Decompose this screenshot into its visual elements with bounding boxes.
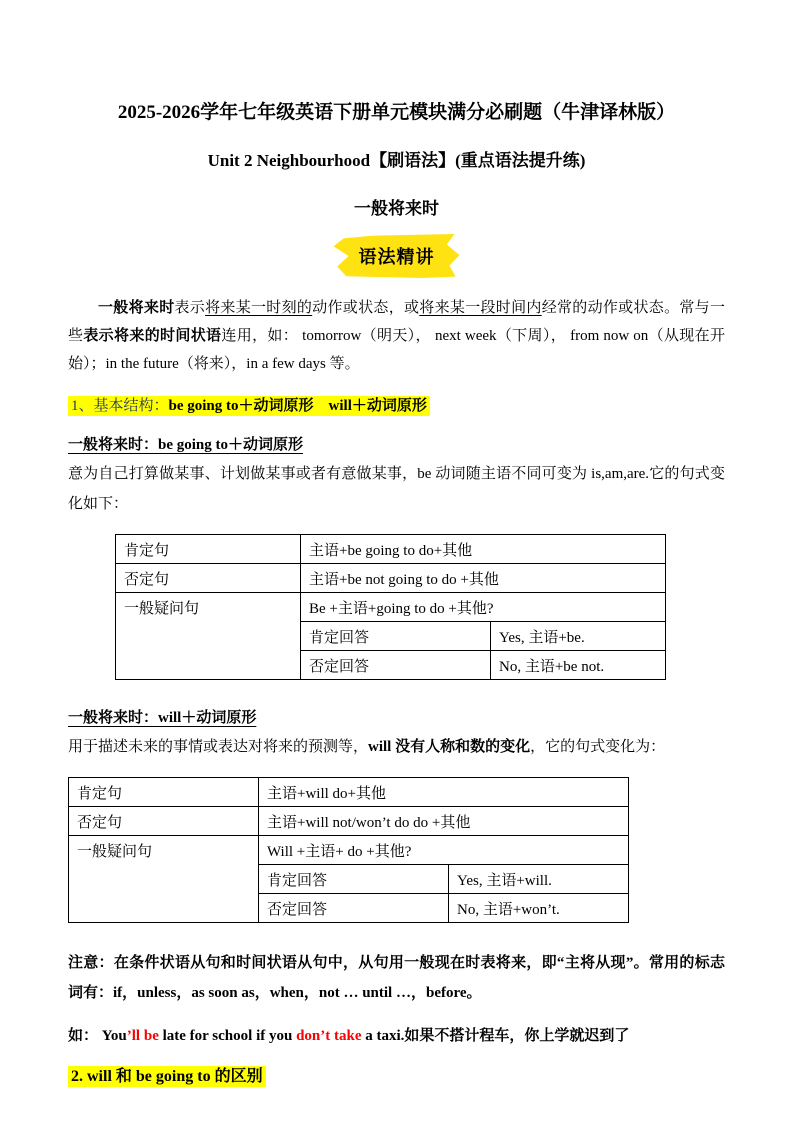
document-page: 2025-2026学年七年级英语下册单元模块满分必刷题（牛津译林版） Unit …: [0, 0, 793, 1122]
intro-adverbial-bold: 表示将来的时间状语: [83, 328, 221, 344]
difference-heading: 2. will 和 be going to 的区别: [68, 1064, 725, 1090]
will-desc-post: ，它的句式变化为：: [530, 739, 665, 755]
example-mid: late for school if you: [159, 1028, 296, 1044]
cell-label: 肯定句: [69, 778, 259, 807]
cell-formula: 主语+be going to do+其他: [301, 535, 666, 564]
cell-label: 否定句: [116, 564, 301, 593]
intro-paragraph: 一般将来时表示将来某一时刻的动作或状态，或将来某一段时间内经常的动作或状态。常与…: [68, 294, 725, 378]
example-pre: 如： You: [68, 1028, 127, 1044]
cell-formula: Will +主语+ do +其他?: [259, 836, 629, 865]
cell-answer-formula: No, 主语+be not.: [491, 651, 666, 680]
cell-label: 一般疑问句: [69, 836, 259, 923]
doc-topic-heading: 一般将来时: [68, 196, 725, 222]
will-subheading: 一般将来时：will＋动词原形: [68, 706, 725, 727]
cell-answer-formula: Yes, 主语+will.: [449, 865, 629, 894]
example-red-1: ’ll be: [127, 1028, 159, 1044]
note-paragraph: 注意：在条件状语从句和时间状语从句中，从句用一般现在时表将来，即“主将从现”。常…: [68, 948, 725, 1008]
structure-formula: be going to＋动词原形 will＋动词原形: [169, 398, 427, 414]
intro-underline-1: 将来某一时刻的: [205, 300, 312, 316]
table-row: 一般疑问句 Be +主语+going to do +其他?: [116, 593, 666, 622]
cell-label: 否定句: [69, 807, 259, 836]
cell-answer-label: 否定回答: [301, 651, 491, 680]
intro-seg1: 表示: [175, 300, 206, 316]
doc-subtitle: Unit 2 Neighbourhood【刷语法】(重点语法提升练): [68, 148, 725, 174]
will-desc-pre: 用于描述未来的事情或表达对将来的预测等，: [68, 739, 368, 755]
cell-answer-label: 肯定回答: [259, 865, 449, 894]
example-red-2: don’t take: [296, 1028, 361, 1044]
table-row: 否定句 主语+be not going to do +其他: [116, 564, 666, 593]
doc-title: 2025-2026学年七年级英语下册单元模块满分必刷题（牛津译林版）: [68, 100, 725, 126]
badge-container: 语法精讲: [68, 234, 725, 278]
example-sentence: 如： You’ll be late for school if you don’…: [68, 1023, 725, 1049]
cell-formula: Be +主语+going to do +其他?: [301, 593, 666, 622]
structure-heading: 1、基本结构：be going to＋动词原形 will＋动词原形: [68, 393, 725, 419]
cell-label: 一般疑问句: [116, 593, 301, 680]
begoingto-subheading: 一般将来时：be going to＋动词原形: [68, 433, 725, 454]
intro-seg2: 动作或状态，或: [312, 300, 419, 316]
cell-answer-formula: Yes, 主语+be.: [491, 622, 666, 651]
table-row: 肯定句 主语+will do+其他: [69, 778, 629, 807]
will-desc: 用于描述未来的事情或表达对将来的预测等，will 没有人称和数的变化，它的句式变…: [68, 732, 725, 762]
intro-underline-2: 将来某一段时间内: [419, 300, 541, 316]
structure-label: 1、基本结构：: [71, 398, 169, 414]
cell-answer-formula: No, 主语+won’t.: [449, 894, 629, 923]
cell-formula: 主语+be not going to do +其他: [301, 564, 666, 593]
table-row: 一般疑问句 Will +主语+ do +其他?: [69, 836, 629, 865]
begoingto-desc: 意为自己打算做某事、计划做某事或者有意做某事，be 动词随主语不同可变为 is,…: [68, 459, 725, 519]
cell-formula: 主语+will do+其他: [259, 778, 629, 807]
cell-answer-label: 肯定回答: [301, 622, 491, 651]
grammar-highlights-badge: 语法精讲: [334, 234, 460, 278]
will-desc-bold: will 没有人称和数的变化: [368, 739, 530, 755]
example-post: a taxi.如果不搭计程车，你上学就迟到了: [362, 1028, 630, 1044]
badge-label: 语法精讲: [359, 243, 435, 269]
table-row: 肯定句 主语+be going to do+其他: [116, 535, 666, 564]
cell-label: 肯定句: [116, 535, 301, 564]
table-row: 否定句 主语+will not/won’t do do +其他: [69, 807, 629, 836]
intro-term-bold: 一般将来时: [98, 300, 175, 316]
begoingto-table: 肯定句 主语+be going to do+其他 否定句 主语+be not g…: [115, 534, 666, 680]
cell-answer-label: 否定回答: [259, 894, 449, 923]
difference-heading-text: 2. will 和 be going to 的区别: [68, 1066, 266, 1087]
cell-formula: 主语+will not/won’t do do +其他: [259, 807, 629, 836]
will-table: 肯定句 主语+will do+其他 否定句 主语+will not/won’t …: [68, 777, 629, 923]
